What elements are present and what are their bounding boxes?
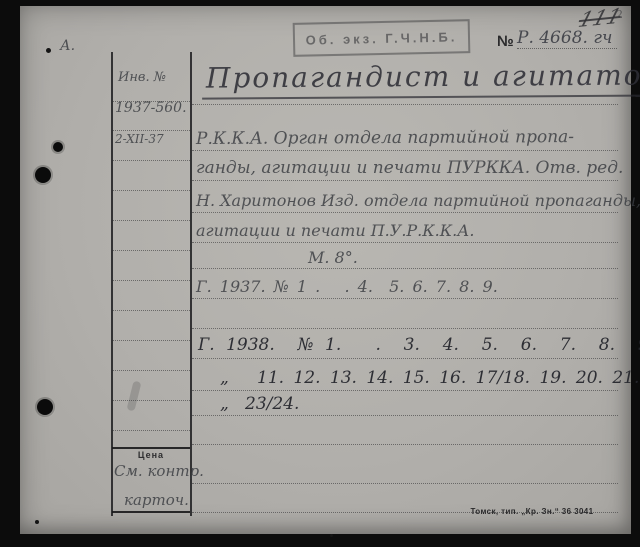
ruled-line — [192, 242, 618, 243]
ruled-line — [192, 444, 618, 445]
column-ruled-line — [113, 250, 190, 251]
body-line-1: Р.К.К.А. Орган отдела партийной пропа- — [196, 127, 574, 149]
format-note: М. 8°. — [308, 248, 358, 267]
body-line-4: агитации и печати П.У.Р.К.К.А. — [196, 221, 474, 240]
note-card: карточ. — [124, 491, 189, 509]
punch-hole — [53, 142, 63, 152]
punch-hole — [35, 167, 51, 183]
issues-1938-row-3: „ 23/24. — [220, 394, 299, 414]
column-rule-right — [190, 52, 192, 516]
ruled-line — [192, 212, 618, 213]
inventory-number: 1937-560. — [115, 100, 187, 116]
stamp-text: Об. экз. Г.Ч.Н.Б. — [305, 29, 457, 47]
punch-hole — [37, 399, 53, 415]
column-ruled-line — [113, 310, 190, 311]
column-ruled-line — [113, 160, 190, 161]
ruled-line — [192, 180, 618, 181]
ruled-line — [192, 150, 618, 151]
price-box-top-rule — [112, 447, 190, 449]
ruled-line — [192, 483, 618, 484]
scanned-catalog-card: А. 111 2 Об. экз. Г.Ч.Н.Б. № Р. 4668. гч… — [0, 0, 640, 547]
ruled-line — [192, 358, 618, 359]
price-label: Цена — [112, 450, 190, 460]
issues-1938-row-1: Г. 1938. № 1. . 3. 4. 5. 6. 7. 8. 9. 10. — [198, 335, 640, 355]
inventory-label: Инв. № — [118, 70, 166, 85]
column-ruled-line — [113, 370, 190, 371]
column-ruled-line — [113, 190, 190, 191]
page-number: 2 — [616, 8, 623, 21]
library-stamp: Об. экз. Г.Ч.Н.Б. — [293, 19, 471, 57]
number-label: № — [497, 33, 514, 50]
issues-1937: Г. 1937. № 1 . . 4. 5. 6. 7. 8. 9. — [196, 277, 498, 296]
catalog-number: Р. 4668. гч — [517, 28, 617, 49]
ruled-line — [192, 298, 618, 299]
column-ruled-line — [113, 130, 190, 131]
ruled-line — [192, 512, 618, 513]
ruled-line — [192, 268, 618, 269]
column-ruled-line — [113, 220, 190, 221]
ruled-line — [192, 390, 618, 391]
ink-speck — [46, 48, 51, 53]
journal-title: Пропагандист и агитатор — [202, 58, 640, 99]
body-line-3: Н. Харитонов Изд. отдела партийной пропа… — [196, 191, 640, 210]
ink-speck — [35, 520, 39, 524]
ruled-line — [192, 415, 618, 416]
price-box-bottom-rule — [112, 511, 190, 513]
pencil-smudge — [126, 380, 141, 411]
body-line-2: ганды, агитации и печати ПУРККА. Отв. ре… — [196, 158, 623, 178]
paper-card: А. 111 2 Об. экз. Г.Ч.Н.Б. № Р. 4668. гч… — [20, 6, 631, 534]
margin-letter: А. — [60, 38, 75, 54]
column-ruled-line — [113, 430, 190, 431]
accession-date: 2-XII-37 — [115, 132, 164, 146]
column-ruled-line — [113, 101, 190, 102]
note-see-control: См. контр. — [114, 462, 204, 480]
ruled-line — [192, 104, 618, 105]
ruled-line — [192, 328, 618, 329]
ink-speck — [330, 534, 333, 537]
column-ruled-line — [113, 280, 190, 281]
column-ruled-line — [113, 400, 190, 401]
column-ruled-line — [113, 340, 190, 341]
issues-1938-row-2: „ 11. 12. 13. 14. 15. 16. 17/18. 19. 20.… — [220, 368, 640, 388]
